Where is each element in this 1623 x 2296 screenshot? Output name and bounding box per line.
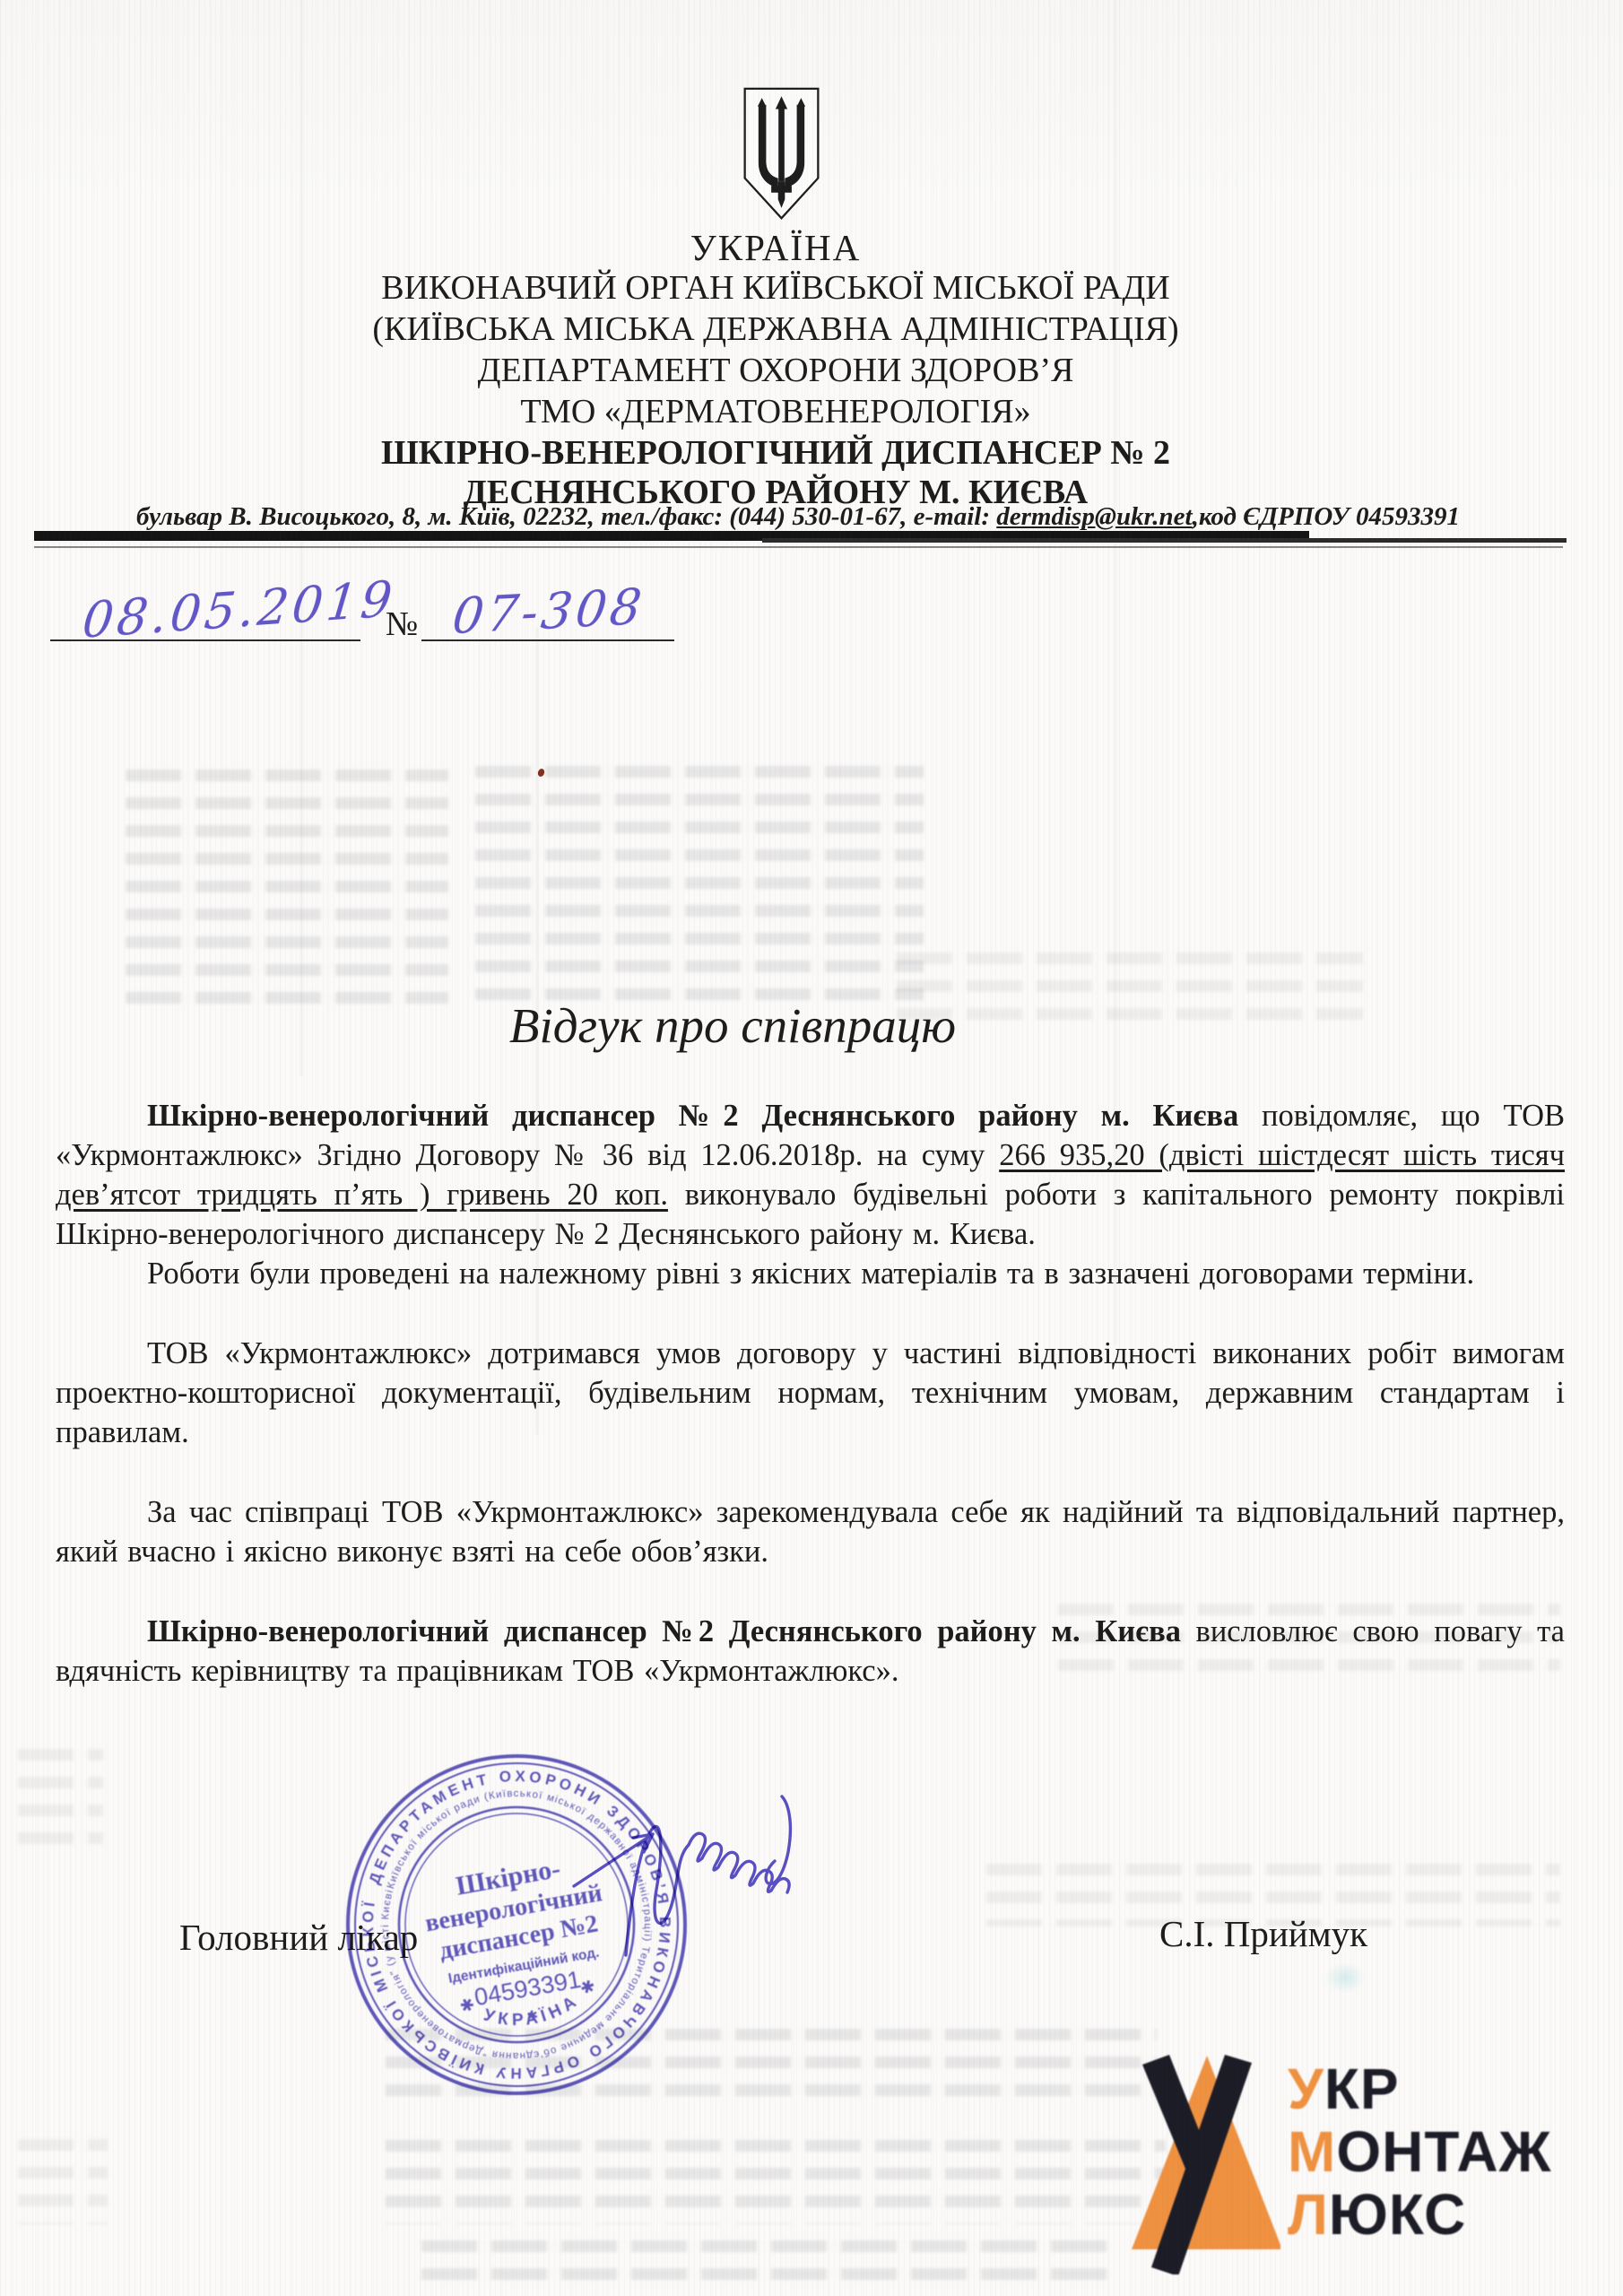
- signer-name: С.І. Приймук: [1159, 1912, 1367, 1955]
- org-line-5: ШКІРНО-ВЕНЕРОЛОГІЧНИЙ ДИСПАНСЕР № 2: [0, 433, 1551, 473]
- ukrmontazhlux-logo: УКР МОНТАЖ ЛЮКС: [1128, 2050, 1594, 2274]
- logo-mark-icon: [1128, 2050, 1280, 2274]
- bleedthrough-block-right: [475, 766, 924, 1010]
- logo-line-2: МОНТАЖ: [1288, 2120, 1551, 2183]
- logo-line-3: ЛЮКС: [1288, 2183, 1551, 2246]
- scan-streak: [1115, 0, 1116, 1345]
- paragraph-1: Шкірно-венерологічний диспансер №2 Десня…: [56, 1096, 1565, 1254]
- scan-streak: [536, 628, 538, 1435]
- handwritten-number: 07-308: [449, 578, 648, 645]
- ukraine-trident-emblem: [739, 86, 824, 222]
- letterhead-rule-thin: [34, 546, 1563, 548]
- bleedthrough-margin: [18, 2139, 108, 2224]
- scan-streak: [300, 0, 302, 1076]
- country-name: УКРАЇНА: [0, 226, 1551, 269]
- paragraph-2: Роботи були проведені на належному рівні…: [56, 1254, 1565, 1293]
- bleedthrough-block-bottom3: [421, 2240, 1112, 2294]
- letter-body: Шкірно-венерологічний диспансер №2 Десня…: [56, 1096, 1565, 1691]
- letterhead-rule-mid: [762, 538, 1567, 543]
- logo-line-2-accent: М: [1288, 2119, 1336, 2184]
- org-line-2: (КИЇВСЬКА МІСЬКА ДЕРЖАВНА АДМІНІСТРАЦІЯ): [0, 309, 1551, 349]
- paragraph-1-bold: Шкірно-венерологічний диспансер №2 Десня…: [147, 1099, 1238, 1133]
- logo-line-1: УКР: [1288, 2057, 1551, 2120]
- bleedthrough-block-left: [126, 770, 448, 1010]
- scanned-letter-page: УКРАЇНА ВИКОНАВЧИЙ ОРГАН КИЇВСЬКОЇ МІСЬК…: [0, 0, 1623, 2296]
- bleedthrough-margin: [18, 1749, 103, 1855]
- edrpou-code: ,код ЄДРПОУ 04593391: [1193, 502, 1460, 531]
- logo-line-1-accent: У: [1288, 2057, 1324, 2121]
- email-address: dermdisp@ukr.net: [996, 502, 1192, 531]
- logo-line-1-rest: КР: [1324, 2057, 1400, 2121]
- paragraph-4: За час співпраці ТОВ «Укрмонтажлюкс» зар…: [56, 1492, 1565, 1571]
- scan-smudge: [1325, 1962, 1365, 1993]
- logo-line-2-rest: ОНТАЖ: [1336, 2119, 1551, 2184]
- paragraph-3: ТОВ «Укрмонтажлюкс» дотримався умов дого…: [56, 1334, 1565, 1452]
- logo-wordmark: УКР МОНТАЖ ЛЮКС: [1288, 2057, 1551, 2246]
- paragraph-5-bold: Шкірно-венерологічний диспансер №2 Десня…: [147, 1614, 1181, 1648]
- org-line-4: ТМО «ДЕРМАТОВЕНЕРОЛОГІЯ»: [0, 392, 1551, 431]
- org-line-1: ВИКОНАВЧИЙ ОРГАН КИЇВСЬКОЇ МІСЬКОЇ РАДИ: [0, 268, 1551, 308]
- bleedthrough-block-bottom2: [386, 2140, 1166, 2224]
- logo-line-3-accent: Л: [1288, 2182, 1329, 2247]
- address-text: бульвар В. Висоцького, 8, м. Київ, 02232…: [136, 502, 996, 531]
- handwritten-date: 08.05.2019: [80, 570, 398, 649]
- logo-line-3-rest: ЮКС: [1329, 2182, 1466, 2247]
- ink-speck: [537, 768, 546, 778]
- paragraph-5: Шкірно-венерологічний диспансер №2 Десня…: [56, 1612, 1565, 1691]
- handwritten-signature: [538, 1780, 825, 1969]
- contact-address-line: бульвар В. Висоцького, 8, м. Київ, 02232…: [0, 502, 1596, 532]
- org-line-3: ДЕПАРТАМЕНТ ОХОРОНИ ЗДОРОВ’Я: [0, 351, 1551, 390]
- letter-title: Відгук про співпрацю: [0, 997, 1465, 1054]
